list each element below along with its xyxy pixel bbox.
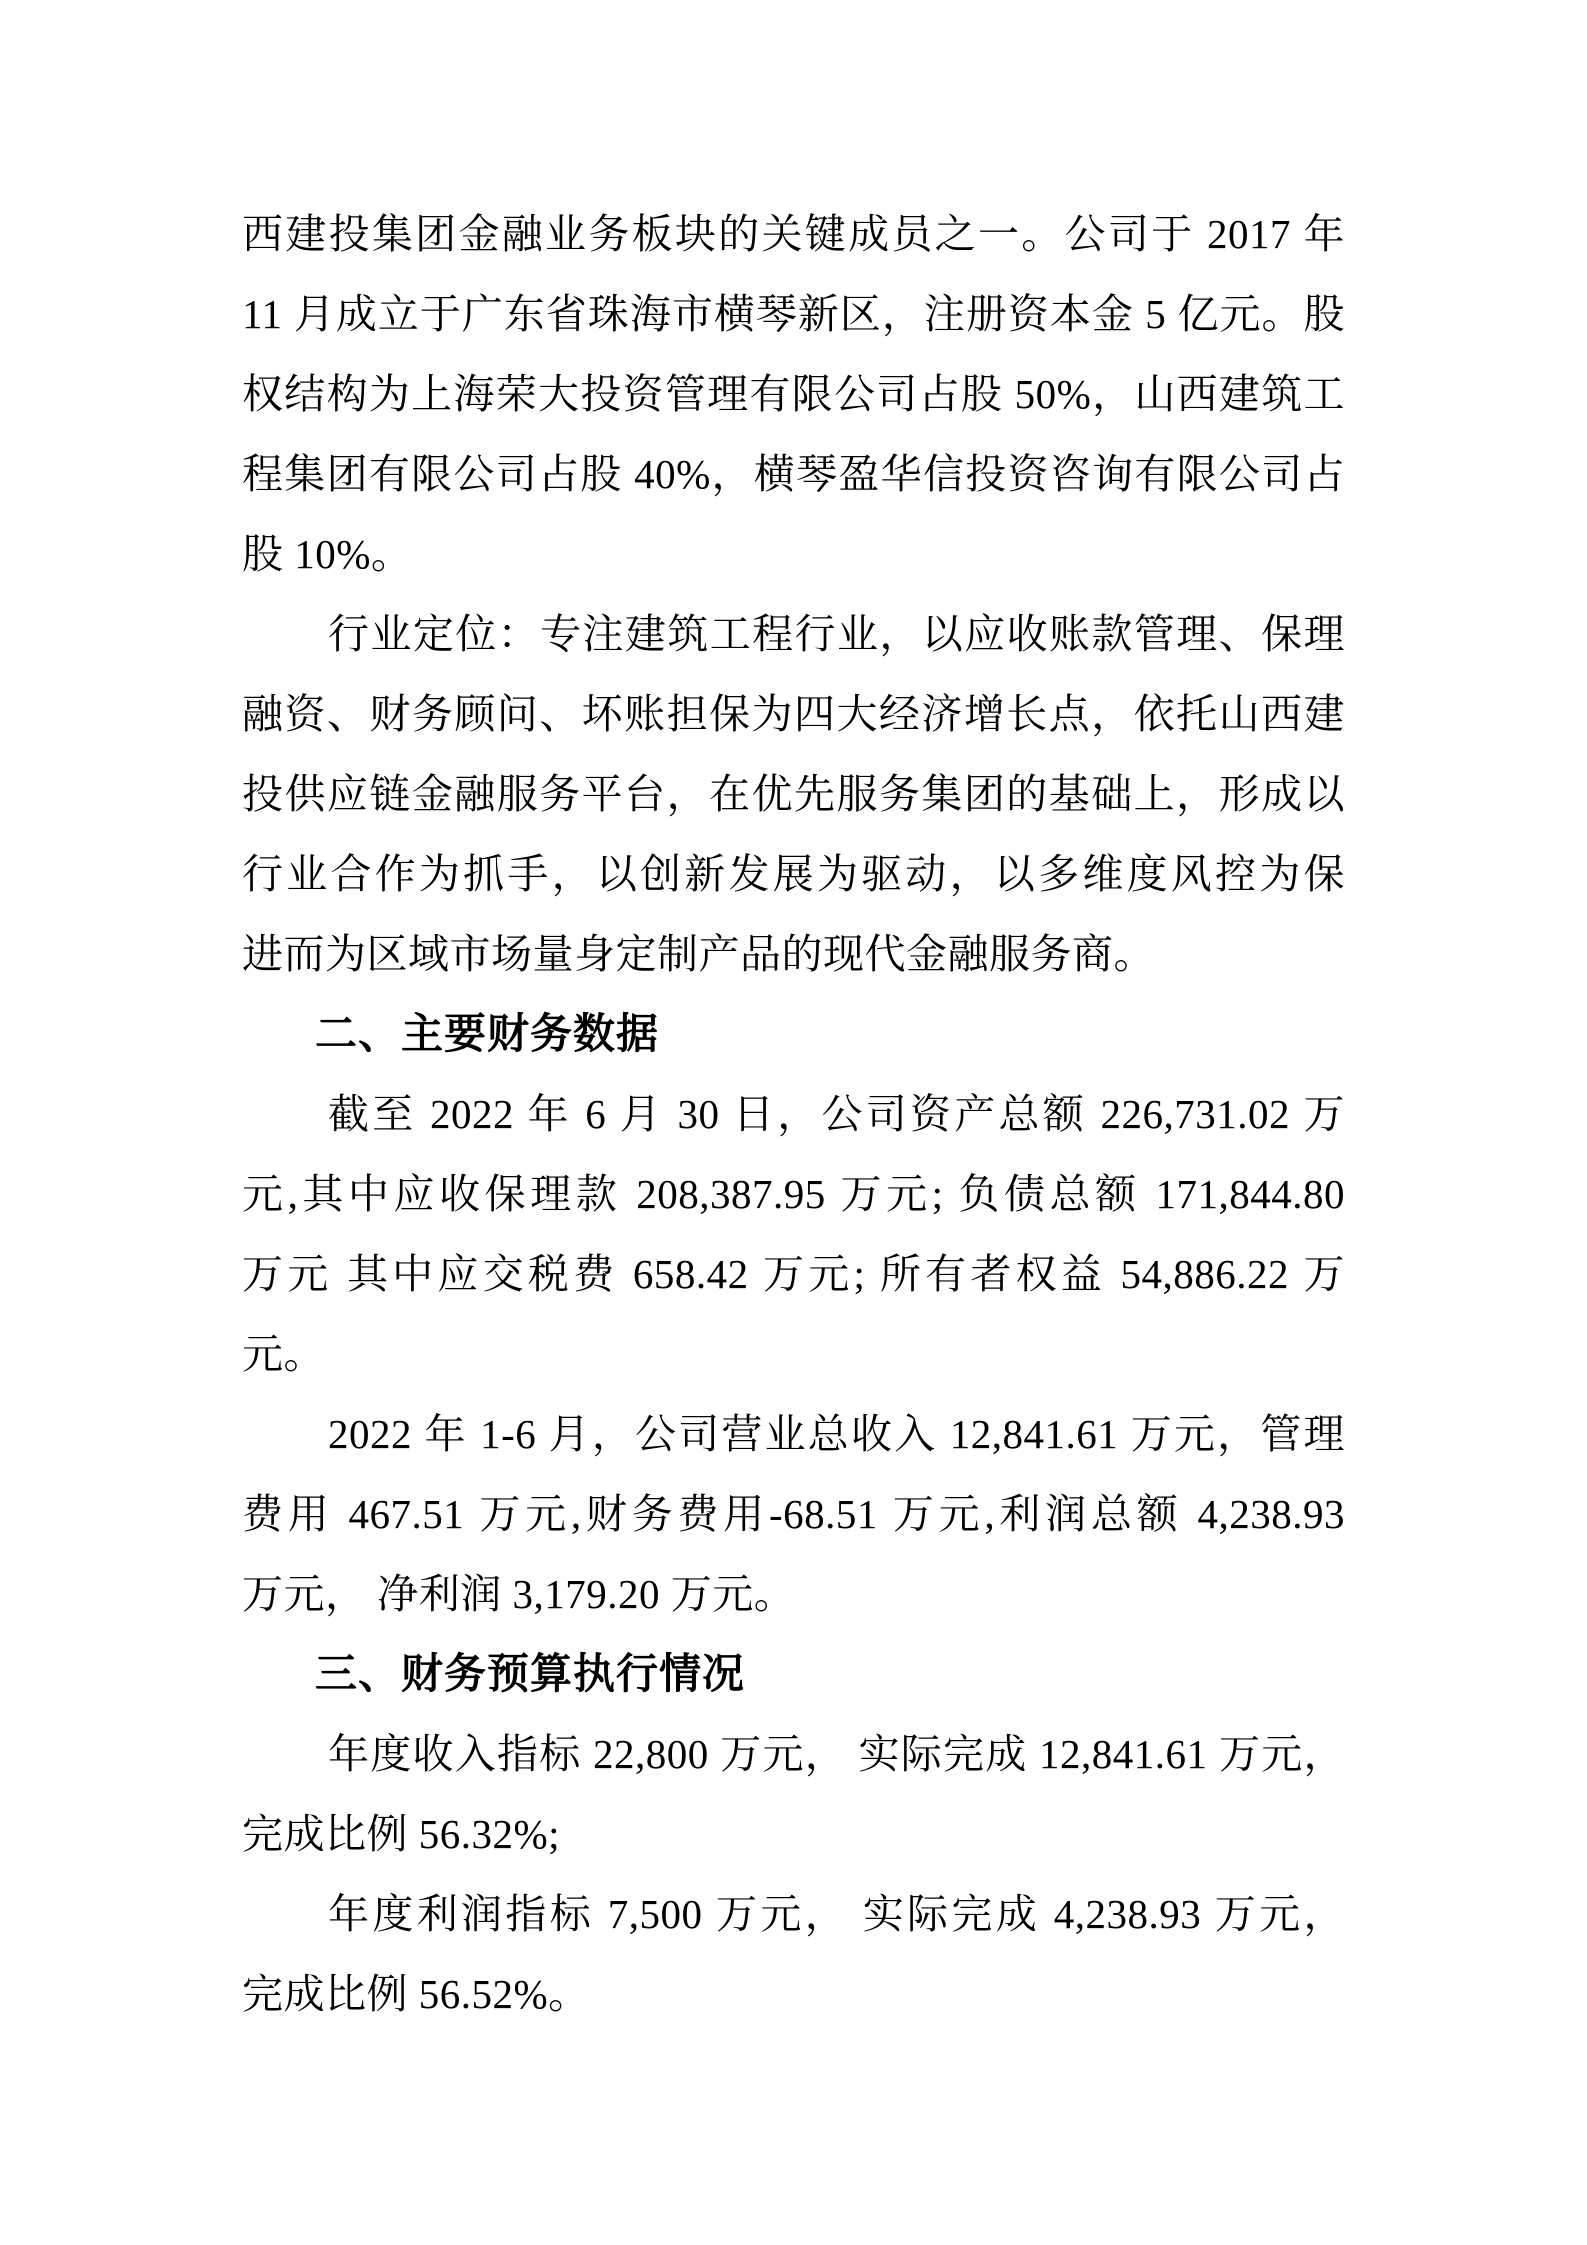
section-heading-budget-execution: 三、财务预算执行情况 <box>242 1634 1345 1714</box>
body-line: 行业合作为抓手，以创新发展为驱动，以多维度风控为保证， <box>242 834 1345 914</box>
body-line: 万元， 净利润 3,179.20 万元。 <box>242 1554 1345 1634</box>
body-line: 股 10%。 <box>242 514 1345 594</box>
body-line: 年度收入指标 22,800 万元， 实际完成 12,841.61 万元， <box>242 1714 1345 1794</box>
body-line: 西建投集团金融业务板块的关键成员之一。公司于 2017 年 <box>242 194 1345 274</box>
body-line: 投供应链金融服务平台，在优先服务集团的基础上，形成以 <box>242 754 1345 834</box>
body-line: 元,其中应收保理款 208,387.95 万元; 负债总额 171,844.80 <box>242 1154 1345 1234</box>
body-line: 程集团有限公司占股 40%，横琴盈华信投资咨询有限公司占 <box>242 434 1345 514</box>
body-line: 完成比例 56.52%。 <box>242 1954 1345 2034</box>
body-line: 权结构为上海荣大投资管理有限公司占股 50%，山西建筑工 <box>242 354 1345 434</box>
body-line: 11 月成立于广东省珠海市横琴新区，注册资本金 5 亿元。股 <box>242 274 1345 354</box>
section-heading-financial-data: 二、主要财务数据 <box>242 994 1345 1074</box>
body-line: 万元 其中应交税费 658.42 万元; 所有者权益 54,886.22 万 <box>242 1234 1345 1314</box>
body-line: 行业定位：专注建筑工程行业，以应收账款管理、保理 <box>242 594 1345 674</box>
body-line: 费用 467.51 万元,财务费用-68.51 万元,利润总额 4,238.93 <box>242 1474 1345 1554</box>
body-line: 融资、财务顾问、坏账担保为四大经济增长点，依托山西建 <box>242 674 1345 754</box>
body-line: 2022 年 1-6 月，公司营业总收入 12,841.61 万元，管理 <box>242 1394 1345 1474</box>
document-body: 西建投集团金融业务板块的关键成员之一。公司于 2017 年 11 月成立于广东省… <box>242 194 1345 2034</box>
body-line: 截至 2022 年 6 月 30 日，公司资产总额 226,731.02 万 <box>242 1074 1345 1154</box>
body-line: 年度利润指标 7,500 万元， 实际完成 4,238.93 万元， <box>242 1874 1345 1954</box>
document-page: 西建投集团金融业务板块的关键成员之一。公司于 2017 年 11 月成立于广东省… <box>0 0 1587 2245</box>
body-line: 完成比例 56.32%; <box>242 1794 1345 1874</box>
body-line: 进而为区域市场量身定制产品的现代金融服务商。 <box>242 914 1345 994</box>
body-line: 元。 <box>242 1314 1345 1394</box>
